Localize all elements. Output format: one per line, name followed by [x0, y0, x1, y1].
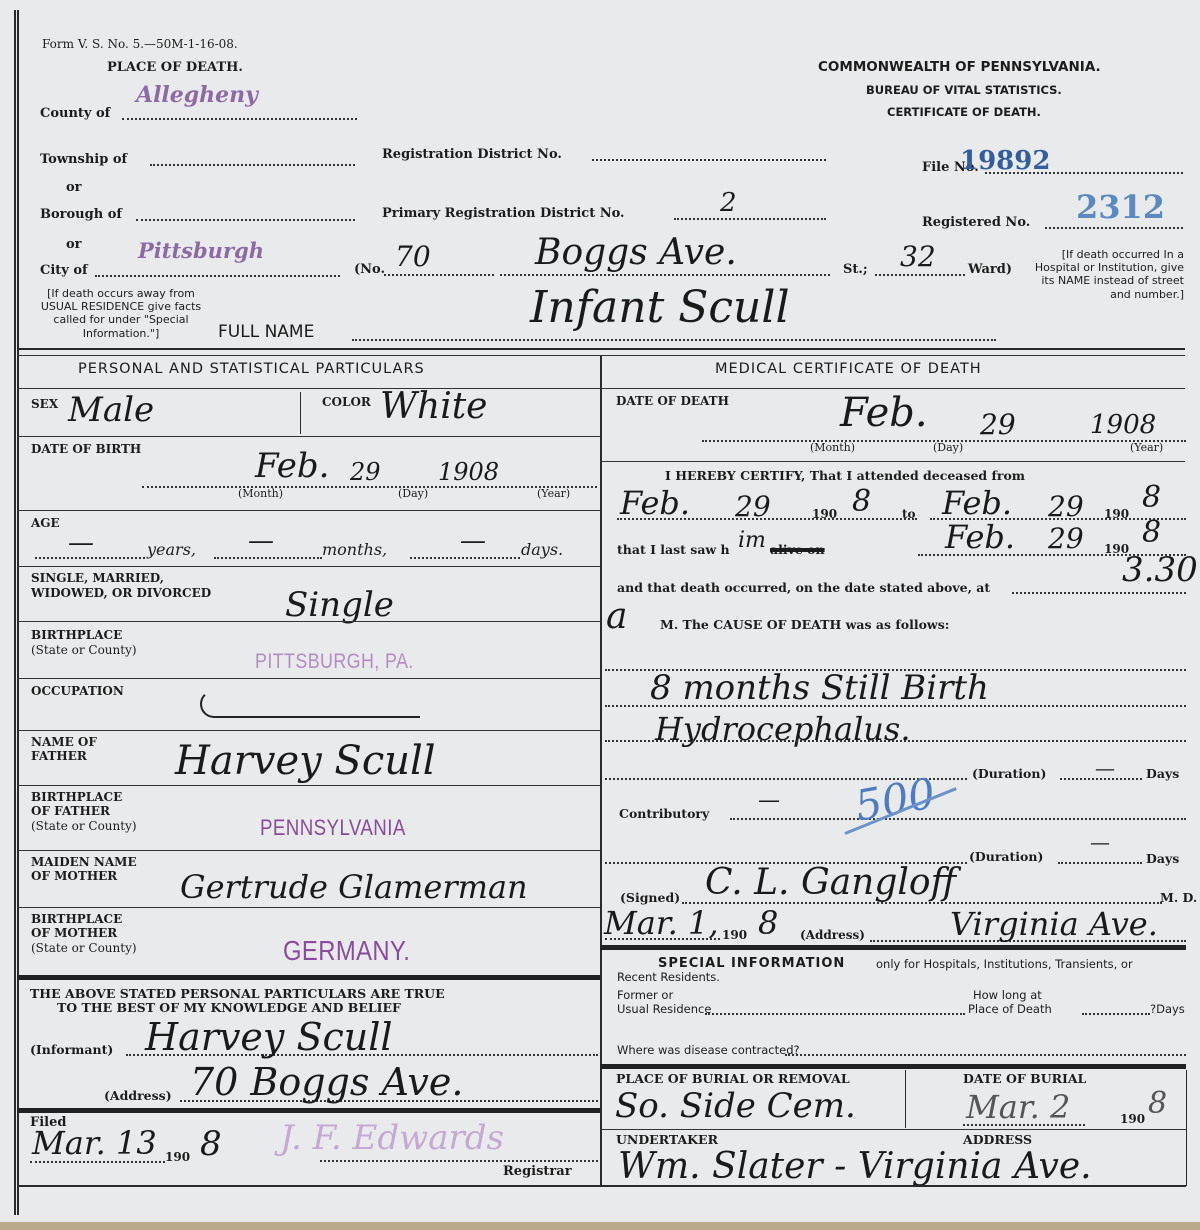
burial-place-label: PLACE OF BURIAL OR REMOVAL — [616, 1071, 850, 1086]
death-time-text: and that death occurred, on the date sta… — [617, 580, 990, 595]
row-divider — [600, 461, 1185, 462]
signed-address-label: (Address) — [800, 928, 865, 942]
full-name-line — [352, 339, 996, 341]
dob-line — [142, 486, 597, 488]
color-label: COLOR — [322, 395, 371, 409]
signed-value[interactable]: C. L. Gangloff — [705, 862, 956, 903]
dod-month[interactable]: Feb. — [840, 390, 928, 436]
informant-value[interactable]: Harvey Scull — [145, 1015, 393, 1059]
burial-year-prefix: 190 — [1120, 1112, 1145, 1126]
age-days-value[interactable]: — — [460, 526, 486, 556]
cause-line-2[interactable]: Hydrocephalus. — [655, 710, 911, 748]
county-label: County of — [40, 106, 110, 121]
attended-to-year[interactable]: 8 — [1142, 480, 1161, 515]
borough-line — [136, 219, 355, 221]
attended-from-year[interactable]: 8 — [852, 484, 871, 519]
attended-from-month[interactable]: Feb. — [620, 484, 690, 522]
ward-label: Ward) — [968, 262, 1012, 277]
last-saw-year[interactable]: 8 — [1142, 515, 1161, 550]
borough-label: Borough of — [40, 207, 122, 222]
signed-date[interactable]: Mar. 1, — [604, 904, 719, 942]
attended-to-month[interactable]: Feb. — [942, 484, 1012, 522]
father-birthplace-caption: (State or County) — [31, 819, 137, 833]
mother-birthplace-label-2: OF MOTHER — [31, 926, 117, 940]
dob-day[interactable]: 29 — [350, 458, 381, 486]
marital-label-2: WIDOWED, OR DIVORCED — [31, 586, 211, 600]
section-divider — [17, 1108, 600, 1113]
former-residence-line — [705, 1013, 965, 1015]
registered-no-label: Registered No. — [922, 215, 1030, 230]
registrar-line — [320, 1160, 598, 1162]
contributory-line — [730, 818, 1186, 820]
row-divider — [17, 678, 600, 679]
mother-birthplace-label-1: BIRTHPLACE — [31, 912, 122, 926]
left-border — [14, 10, 16, 1215]
full-name-value[interactable]: Infant Scull — [530, 282, 790, 333]
agency-line-1: COMMONWEALTH OF PENNSYLVANIA. — [818, 59, 1101, 75]
birthplace-label: BIRTHPLACE — [31, 628, 122, 642]
county-line — [122, 118, 357, 120]
signed-label: (Signed) — [620, 890, 680, 905]
street-name-value[interactable]: Boggs Ave. — [535, 232, 737, 273]
primary-district-value[interactable]: 2 — [720, 188, 737, 218]
registered-no-value[interactable]: 2312 — [1076, 188, 1165, 226]
dod-month-caption: (Month) — [810, 441, 855, 454]
sex-color-divider — [300, 392, 301, 434]
birthplace-state-caption: (State or County) — [31, 643, 137, 657]
dod-day[interactable]: 29 — [980, 408, 1016, 441]
filed-year-suffix[interactable]: 8 — [200, 1124, 222, 1164]
duration-1-label: (Duration) — [972, 766, 1046, 781]
duration-2-days-label: Days — [1146, 851, 1179, 866]
file-no-value[interactable]: 19892 — [960, 146, 1050, 176]
ward-value[interactable]: 32 — [900, 240, 936, 273]
special-info-title: SPECIAL INFORMATION — [658, 956, 845, 971]
right-border — [1186, 1070, 1187, 1186]
to-label: to — [902, 507, 916, 521]
street-label: St.; — [843, 262, 868, 277]
section-divider — [17, 975, 600, 980]
contributory-label: Contributory — [619, 806, 709, 821]
dob-year[interactable]: 1908 — [438, 458, 499, 486]
age-days-line — [410, 557, 520, 559]
special-info-subtitle-2: Recent Residents. — [617, 970, 720, 984]
row-divider — [17, 730, 600, 731]
row-divider — [17, 907, 600, 908]
county-value[interactable]: Allegheny — [136, 82, 258, 108]
duration-2-value[interactable]: — — [1090, 830, 1110, 854]
dob-label: DATE OF BIRTH — [31, 442, 141, 456]
attended-to-year-prefix: 190 — [1104, 507, 1129, 521]
special-info-subtitle: only for Hospitals, Institutions, Transi… — [876, 957, 1133, 971]
dob-month-caption: (Month) — [238, 487, 283, 500]
death-time-line — [1012, 592, 1186, 594]
row-divider — [17, 566, 600, 567]
age-days-label: days. — [521, 540, 563, 559]
marital-value[interactable]: Single — [285, 585, 394, 625]
street-number-line — [384, 274, 494, 276]
father-birthplace-value[interactable]: PENNSYLVANIA — [260, 815, 406, 841]
medical-section-title: MEDICAL CERTIFICATE OF DEATH — [715, 361, 982, 377]
burial-divider — [905, 1070, 906, 1128]
burial-date-value[interactable]: Mar. 2 — [966, 1088, 1070, 1126]
left-border-inner — [17, 10, 19, 1215]
cause-intro: M. The CAUSE OF DEATH was as follows: — [660, 617, 949, 632]
personal-section-title: PERSONAL AND STATISTICAL PARTICULARS — [78, 361, 425, 377]
attended-from-day[interactable]: 29 — [735, 490, 771, 523]
duration-2-value-line — [1058, 862, 1142, 864]
primary-district-label: Primary Registration District No. — [382, 206, 625, 221]
sex-label: SEX — [31, 397, 58, 411]
registrar-signature[interactable]: J. F. Edwards — [280, 1118, 504, 1158]
duration-1-days-label: Days — [1146, 766, 1179, 781]
bottom-border — [17, 1185, 600, 1187]
registration-district-line — [592, 159, 826, 161]
attended-from-year-prefix: 190 — [812, 507, 837, 521]
duration-1-value[interactable]: — — [1095, 756, 1115, 780]
sex-value[interactable]: Male — [68, 390, 154, 430]
father-label-1: NAME OF — [31, 735, 97, 749]
md-label: M. D. — [1160, 890, 1197, 905]
undertaker-value[interactable]: Wm. Slater - Virginia Ave. — [618, 1146, 1092, 1187]
former-residence-label-1: Former or — [617, 988, 673, 1002]
mother-birthplace-caption: (State or County) — [31, 941, 137, 955]
last-saw-month[interactable]: Feb. — [945, 518, 1015, 556]
signed-year-suffix[interactable]: 8 — [758, 904, 778, 942]
row-divider — [600, 388, 1185, 389]
certify-text: I HEREBY CERTIFY, That I attended deceas… — [665, 468, 1025, 483]
burial-year-suffix[interactable]: 8 — [1148, 1086, 1167, 1121]
death-time-value[interactable]: 3.30 — [1122, 550, 1198, 590]
section-divider — [600, 945, 1186, 950]
occupation-label: OCCUPATION — [31, 684, 124, 698]
how-long-label-1: How long at — [973, 988, 1042, 1002]
primary-district-line — [674, 218, 826, 220]
informant-address-value[interactable]: 70 Boggs Ave. — [190, 1060, 463, 1104]
dod-year[interactable]: 1908 — [1090, 410, 1156, 440]
row-divider — [17, 510, 600, 511]
row-divider — [17, 436, 600, 437]
row-divider — [17, 388, 600, 389]
how-long-line — [1082, 1013, 1150, 1015]
mother-value[interactable]: Gertrude Glamerman — [180, 868, 528, 906]
registrar-label: Registrar — [503, 1164, 572, 1179]
street-no-label: (No. — [354, 262, 385, 277]
duration-2-label: (Duration) — [969, 849, 1043, 864]
disease-contracted-label: Where was disease contracted? — [617, 1043, 800, 1057]
disease-contracted-line — [785, 1054, 1186, 1056]
age-label: AGE — [31, 516, 60, 530]
street-name-line — [500, 274, 830, 276]
undertaker-address-label: ADDRESS — [963, 1132, 1032, 1147]
contributory-value[interactable]: — — [758, 788, 780, 813]
agency-line-3: CERTIFICATE OF DEATH. — [887, 105, 1041, 119]
how-long-label-2: Place of Death — [968, 1002, 1052, 1016]
cause-line-1-underline — [605, 705, 1186, 707]
header-divider — [17, 348, 1185, 350]
hospital-note: [If death occurred In a Hospital or Inst… — [1032, 248, 1184, 301]
township-line — [150, 164, 355, 166]
mother-label-1: MAIDEN NAME — [31, 855, 137, 869]
attest-line-2: TO THE BEST OF MY KNOWLEDGE AND BELIEF — [57, 1000, 401, 1015]
attended-to-day[interactable]: 29 — [1048, 490, 1084, 523]
undertaker-label: UNDERTAKER — [616, 1132, 718, 1147]
center-divider — [600, 356, 602, 1186]
birthplace-value[interactable]: PITTSBURGH, PA. — [255, 650, 414, 674]
age-years-value[interactable]: — — [68, 528, 94, 558]
last-saw-label: that I last saw h — [617, 542, 730, 557]
ward-line — [875, 274, 965, 276]
how-long-suffix: ?Days — [1150, 1002, 1185, 1016]
age-months-line — [214, 557, 322, 559]
row-divider — [17, 621, 600, 622]
city-value[interactable]: Pittsburgh — [138, 238, 264, 263]
last-saw-pronoun[interactable]: im — [738, 528, 766, 553]
marital-label-1: SINGLE, MARRIED, — [31, 572, 164, 585]
occupation-value-dash[interactable] — [200, 690, 420, 718]
cause-line-2-underline — [605, 740, 1186, 742]
last-saw-struck-text: alive on — [770, 542, 825, 557]
or-text-2: or — [66, 237, 82, 252]
filed-year-prefix: 190 — [165, 1150, 190, 1164]
row-divider — [17, 850, 600, 851]
color-value[interactable]: White — [380, 386, 487, 427]
agency-line-2: BUREAU OF VITAL STATISTICS. — [866, 83, 1062, 97]
age-years-label: years, — [147, 540, 196, 559]
death-certificate: Form V. S. No. 5.—50M-1-16-08. PLACE OF … — [0, 0, 1200, 1222]
or-text-1: or — [66, 180, 82, 195]
father-birthplace-label-2: OF FATHER — [31, 804, 110, 818]
mother-birthplace-value[interactable]: GERMANY. — [283, 935, 410, 967]
form-number: Form V. S. No. 5.—50M-1-16-08. — [42, 37, 238, 51]
registered-no-line — [1045, 227, 1183, 229]
age-months-value[interactable]: — — [248, 526, 274, 556]
mother-label-2: OF MOTHER — [31, 869, 117, 883]
dob-month[interactable]: Feb. — [255, 446, 329, 486]
dob-year-caption: (Year) — [537, 487, 570, 500]
father-value[interactable]: Harvey Scull — [175, 738, 436, 784]
row-divider — [17, 785, 600, 786]
former-residence-label-2: Usual Residence — [617, 1002, 711, 1016]
dod-year-caption: (Year) — [1130, 441, 1163, 454]
full-name-label: FULL NAME — [218, 322, 314, 342]
burial-place-value[interactable]: So. Side Cem. — [615, 1086, 856, 1126]
signed-address-value[interactable]: Virginia Ave. — [950, 905, 1158, 943]
street-number-value[interactable]: 70 — [395, 240, 431, 273]
father-birthplace-label-1: BIRTHPLACE — [31, 790, 122, 804]
dod-day-caption: (Day) — [933, 441, 963, 454]
burial-date-label: DATE OF BURIAL — [963, 1071, 1086, 1086]
last-saw-day[interactable]: 29 — [1048, 522, 1084, 555]
am-pm-value[interactable]: a — [606, 596, 627, 637]
cause-line-1[interactable]: 8 months Still Birth — [650, 668, 989, 708]
registration-district-label: Registration District No. — [382, 147, 562, 162]
city-line — [95, 275, 340, 277]
bottom-border-right — [600, 1185, 1186, 1187]
filed-value[interactable]: Mar. 13 — [32, 1124, 157, 1162]
city-label: City of — [40, 263, 88, 278]
signed-year-prefix: 190 — [722, 928, 747, 942]
section-divider — [600, 1064, 1186, 1069]
dod-label: DATE OF DEATH — [616, 394, 729, 408]
township-label: Township of — [40, 152, 127, 167]
attest-line-1: THE ABOVE STATED PERSONAL PARTICULARS AR… — [30, 986, 445, 1001]
informant-label: (Informant) — [30, 1042, 113, 1057]
row-divider — [600, 1129, 1186, 1130]
informant-address-label: (Address) — [104, 1088, 172, 1103]
dob-day-caption: (Day) — [398, 487, 428, 500]
place-of-death-title: PLACE OF DEATH. — [107, 60, 243, 75]
residence-note: [If death occurs away from USUAL RESIDEN… — [36, 287, 206, 340]
age-months-label: months, — [322, 540, 387, 559]
father-label-2: FATHER — [31, 749, 87, 763]
